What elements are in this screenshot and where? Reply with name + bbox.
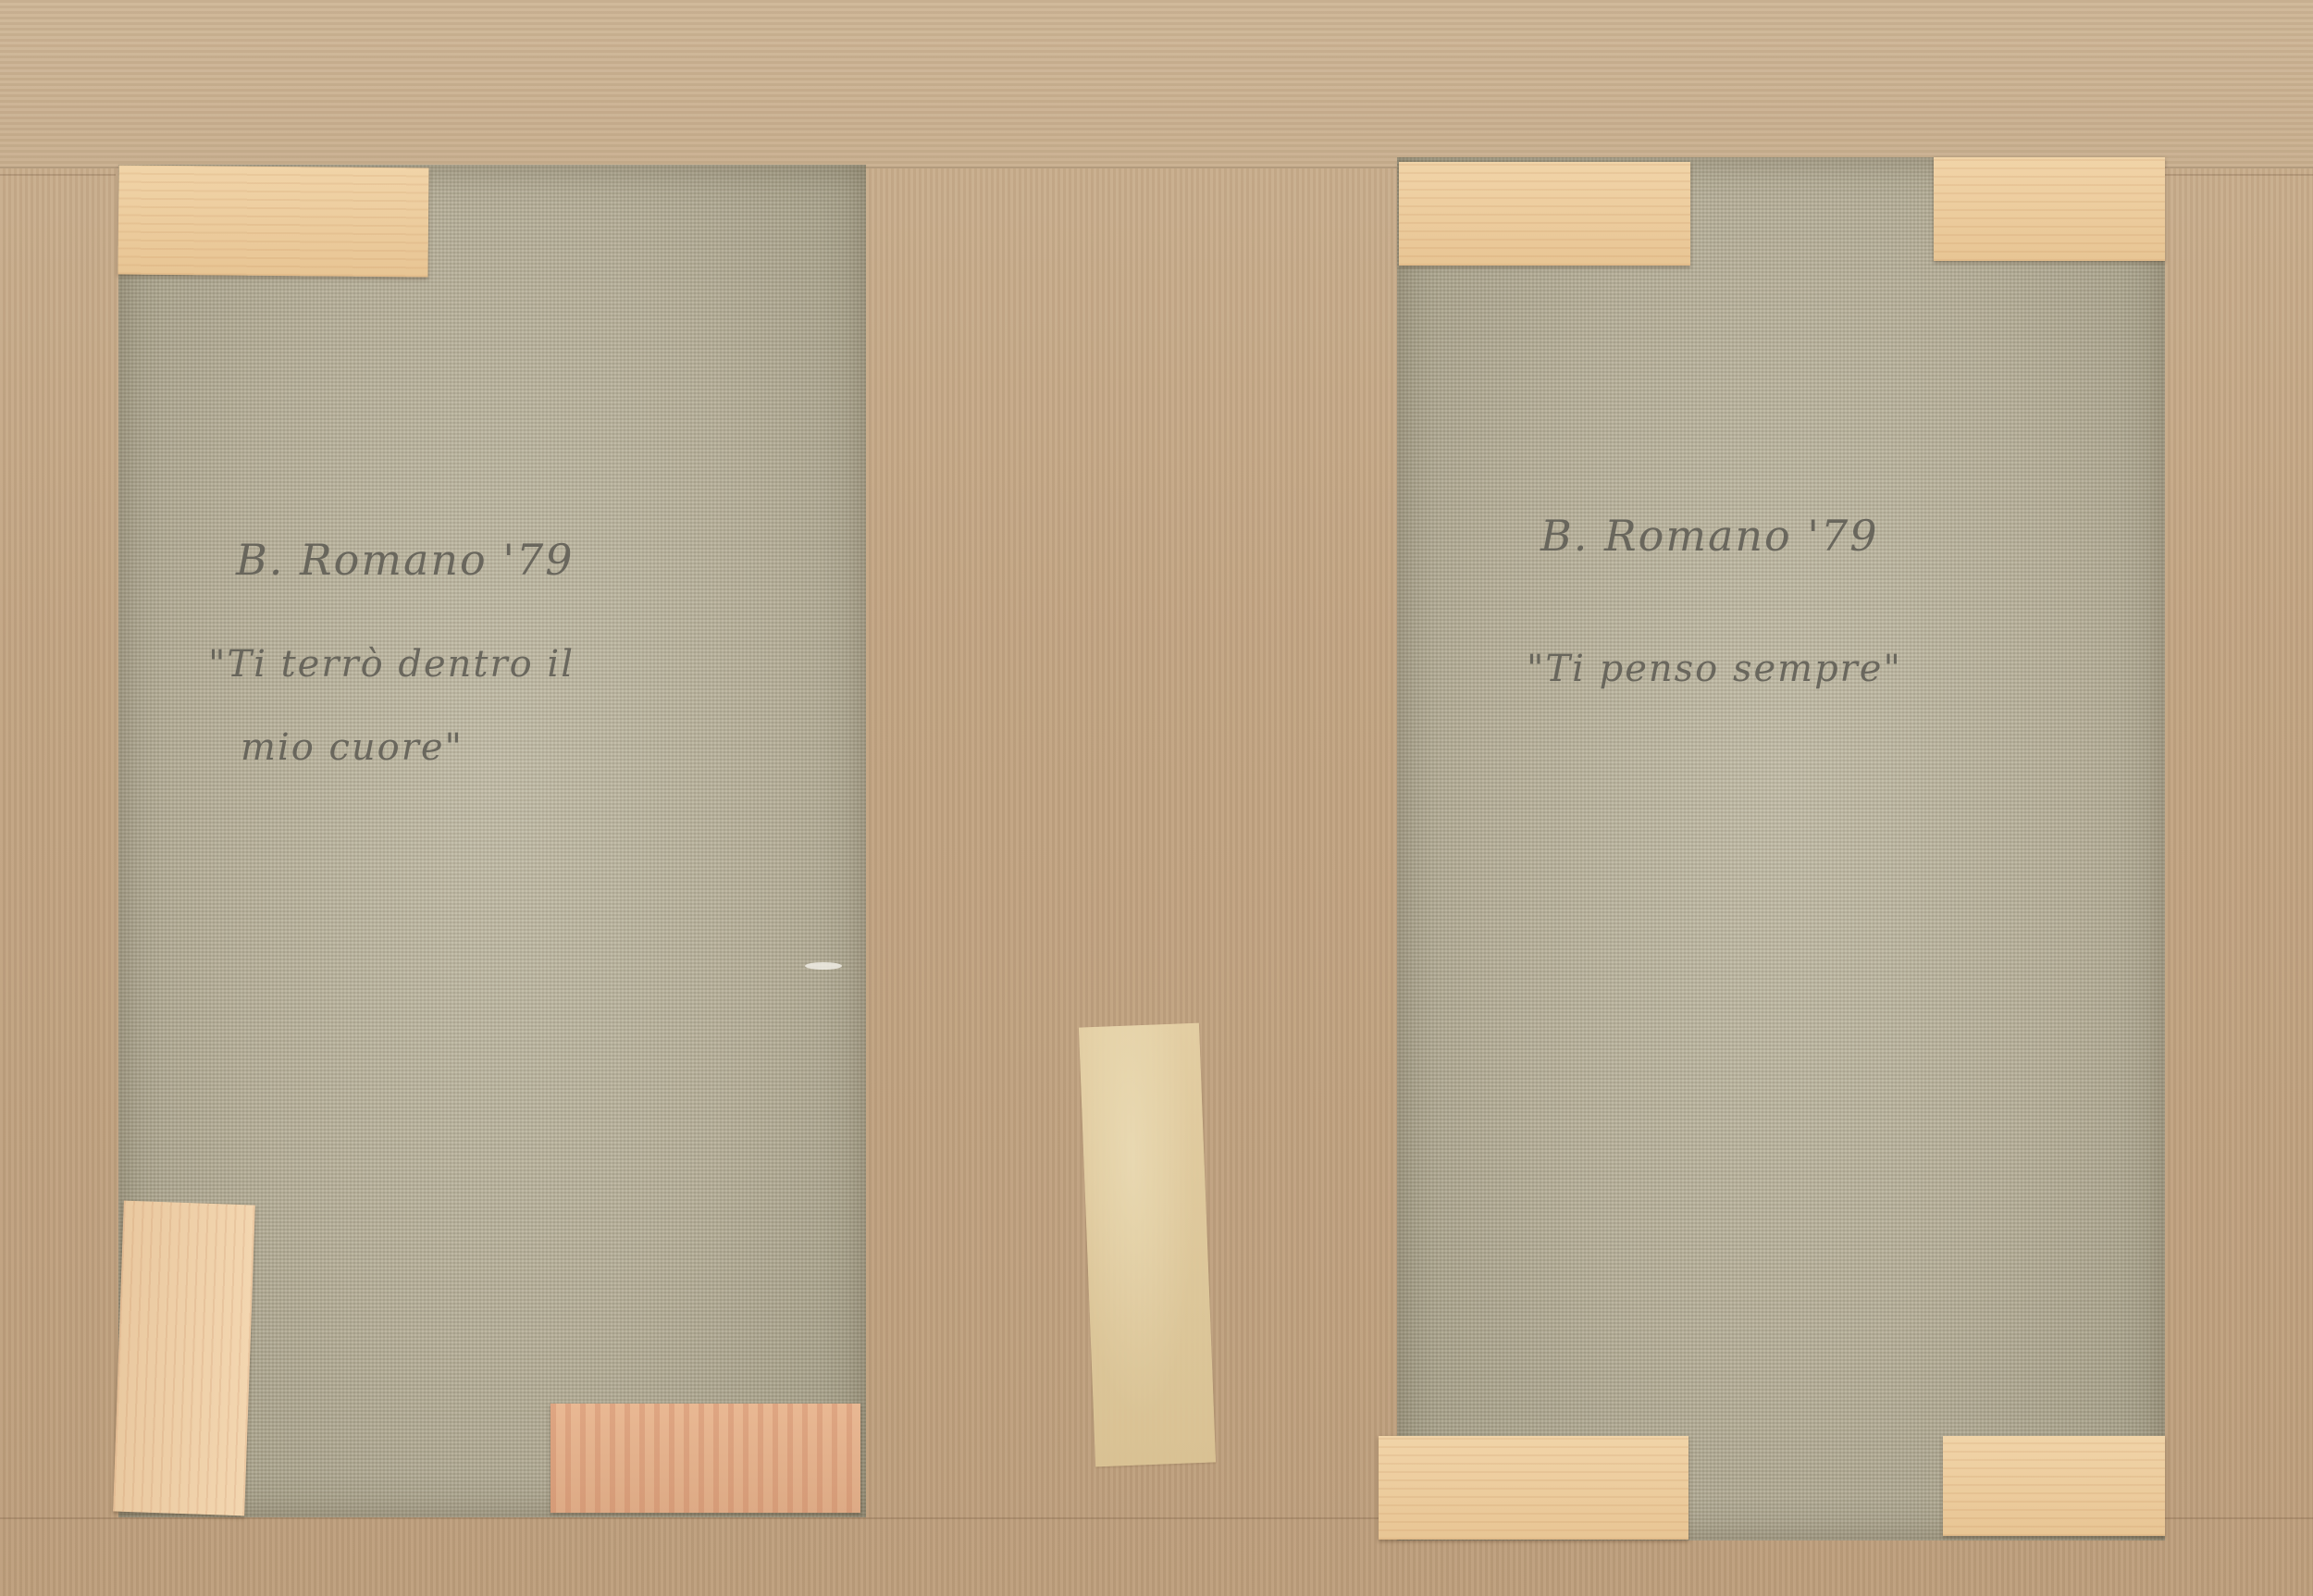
right-top-left-key [1399, 162, 1690, 266]
left-title-line-2: mio cuore" [241, 726, 464, 769]
paper-seam [2165, 174, 2313, 176]
left-top-corner-key [118, 166, 428, 278]
right-signature: B. Romano '79 [1540, 511, 1879, 561]
paint-speck [805, 962, 842, 970]
paper-seam [0, 174, 116, 176]
right-bottom-left-key [1379, 1436, 1688, 1540]
kraft-paper-top-strip [0, 0, 2313, 168]
left-title-line-1: "Ti terrò dentro il [208, 643, 575, 686]
right-top-right-key [1934, 157, 2165, 261]
left-bottom-vertical-key [113, 1201, 255, 1516]
right-title-line-1: "Ti penso sempre" [1527, 648, 1902, 690]
masking-tape-strip [1079, 1023, 1216, 1467]
left-bottom-right-key [550, 1404, 860, 1513]
left-signature: B. Romano '79 [236, 535, 575, 585]
right-canvas-back [1397, 157, 2165, 1540]
right-bottom-right-key [1943, 1436, 2165, 1536]
